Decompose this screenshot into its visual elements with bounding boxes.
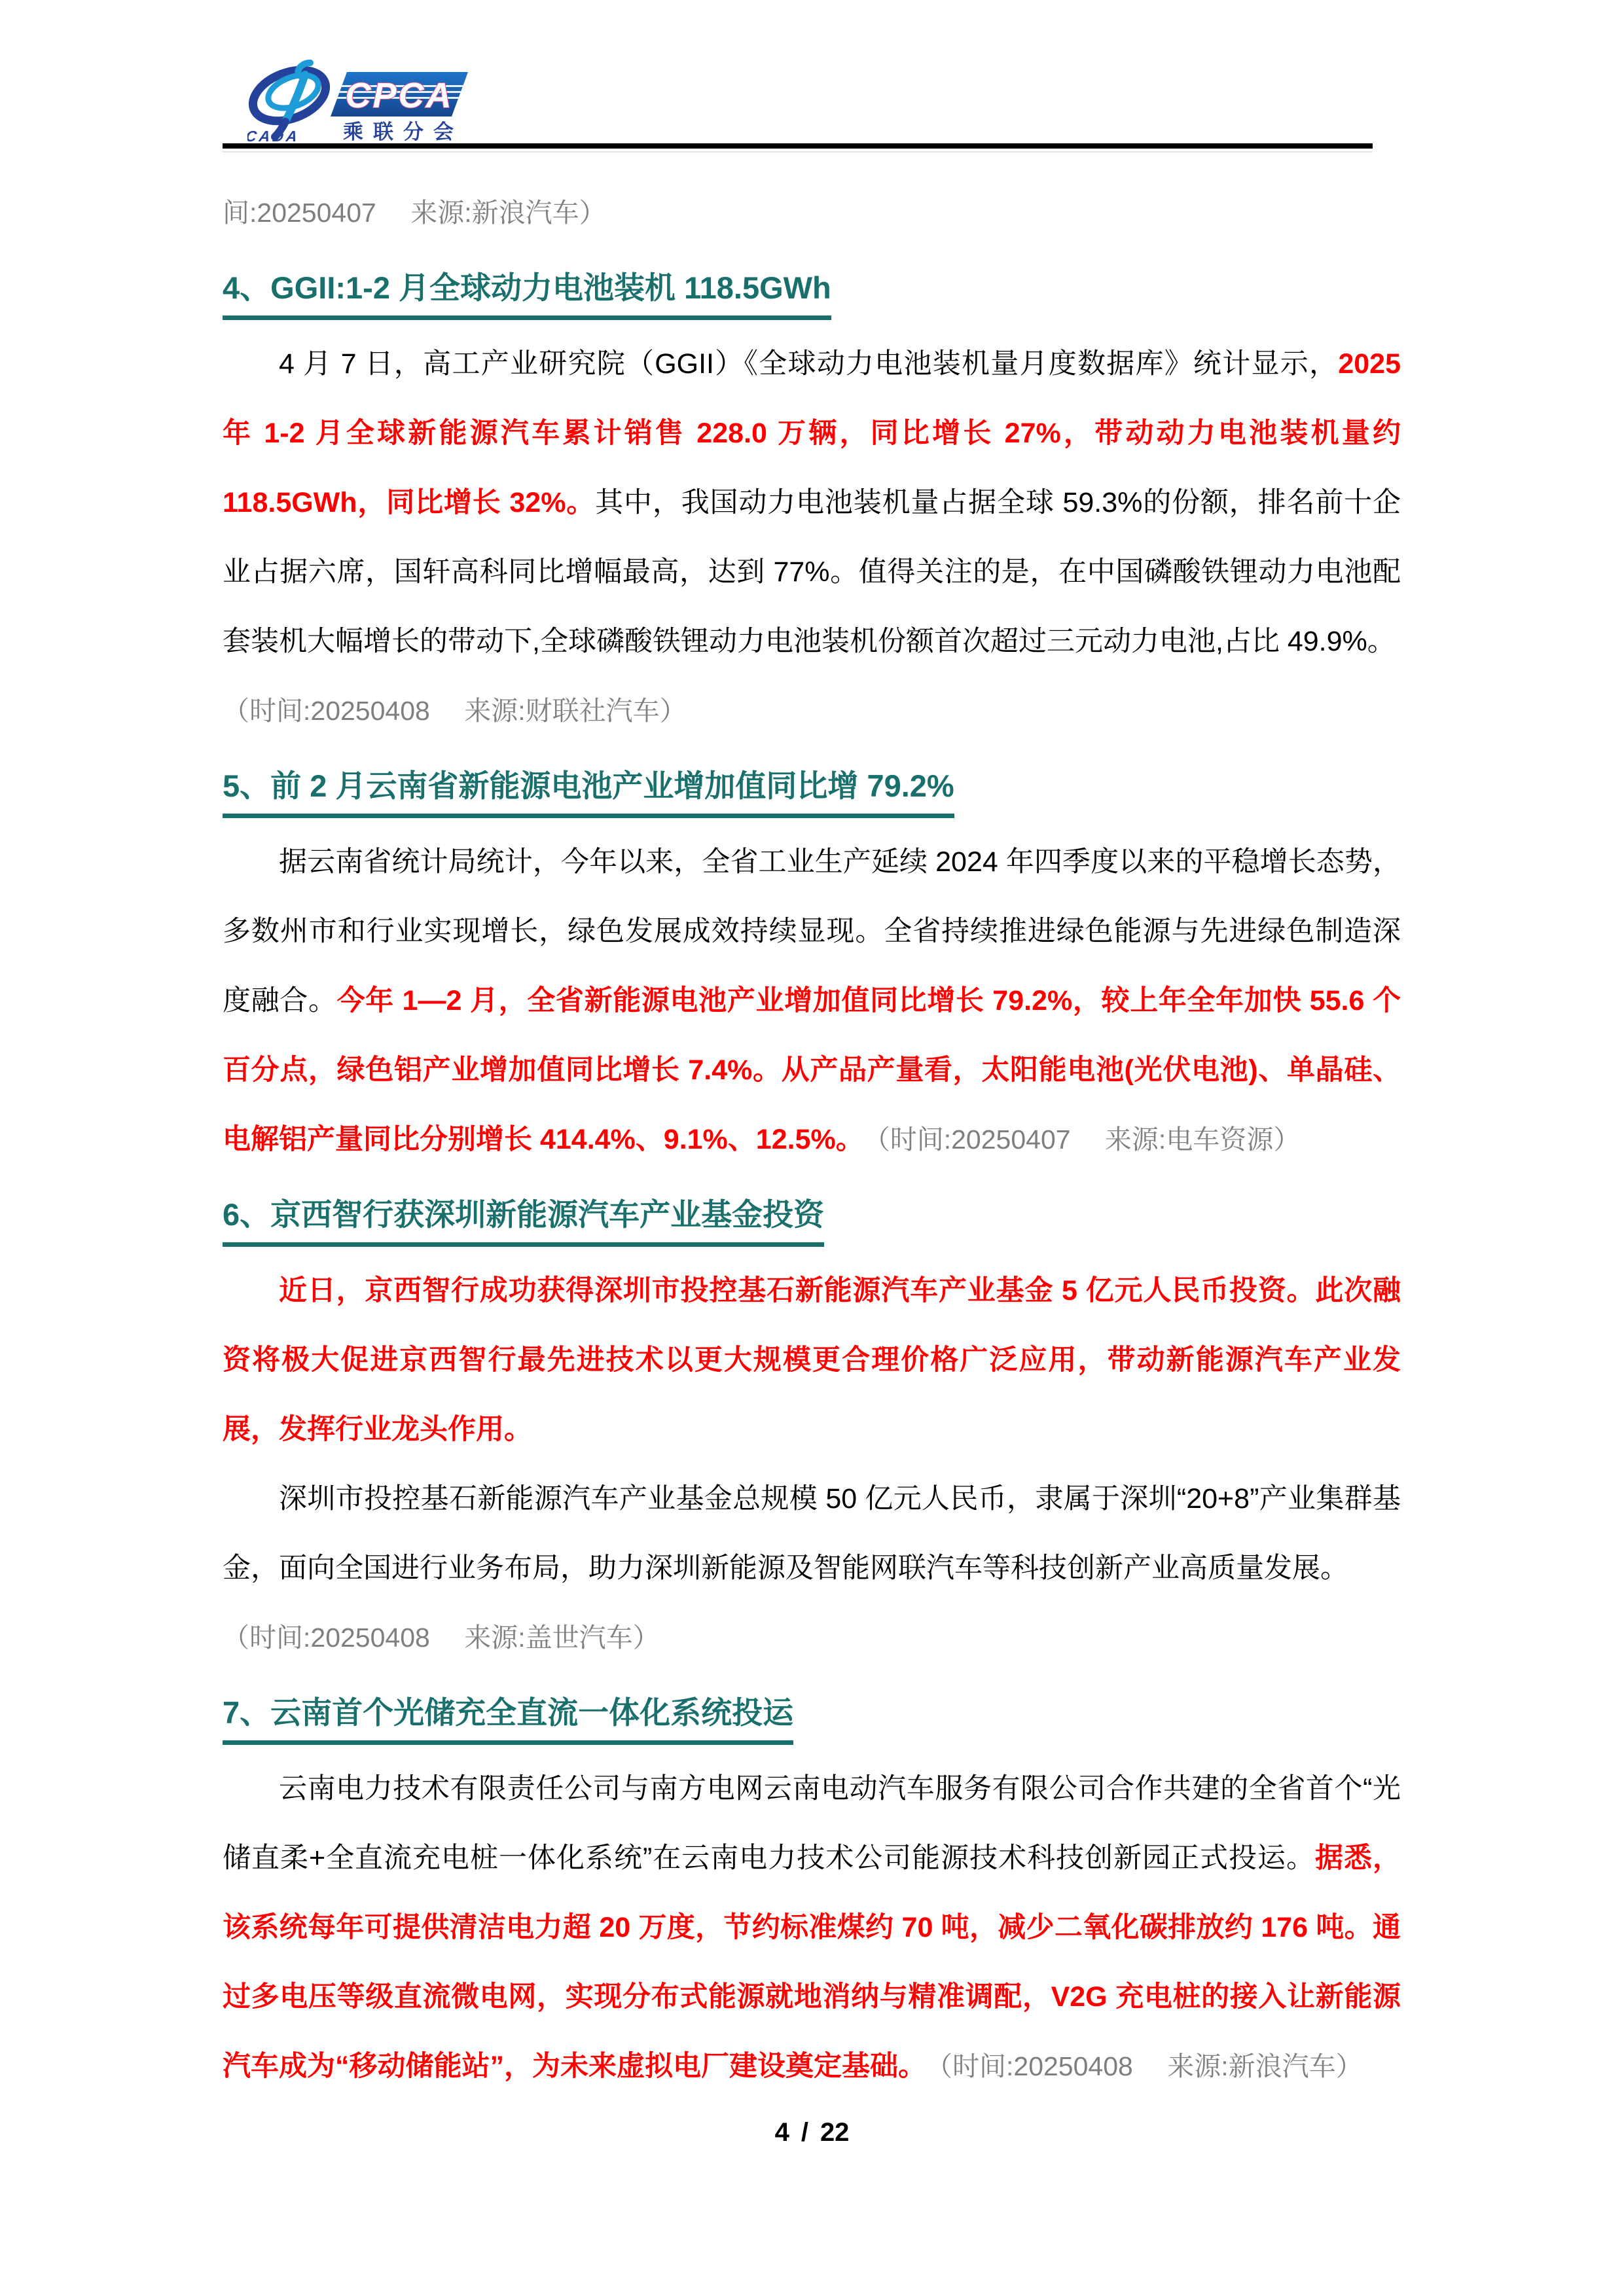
section-7-heading: 7、云南首个光储充全直流一体化系统投运 xyxy=(223,1692,1401,1745)
page-footer: 4/22 xyxy=(0,2118,1624,2147)
page-number-total: 22 xyxy=(820,2118,850,2147)
section-5-paragraph: 据云南省统计局统计，今年以来，全省工业生产延续 2024 年四季度以来的平稳增长… xyxy=(223,827,1401,1174)
cpca-logo-icon: CADA CPCA 乘联分会 xyxy=(247,59,473,144)
source-text: （时间:20250408 来源:财联社汽车） xyxy=(223,696,687,726)
text-run-red: 据悉，该系统每年可提供清洁电力超 20 万度，节约标准煤约 70 吨，减少二氧化… xyxy=(223,1842,1401,2082)
cada-wordmark: CADA xyxy=(247,128,301,144)
cpca-wordmark: CPCA xyxy=(345,76,453,115)
section-heading-text: 7、云南首个光储充全直流一体化系统投运 xyxy=(223,1692,793,1745)
text-run-black: 4 月 7 日，高工产业研究院（GGII）《全球动力电池装机量月度数据库》统计显… xyxy=(279,348,1338,380)
section-6-paragraph-1: 近日，京西智行成功获得深圳市投控基石新能源汽车产业基金 5 亿元人民币投资。此次… xyxy=(223,1256,1401,1464)
section-6-paragraph-2: 深圳市投控基石新能源汽车产业基金总规模 50 亿元人民币，隶属于深圳“20+8”… xyxy=(223,1464,1401,1603)
logo-branch-name: 乘联分会 xyxy=(343,120,463,143)
page-number-current: 4 xyxy=(775,2118,789,2147)
section-4-paragraph: 4 月 7 日，高工产业研究院（GGII）《全球动力电池装机量月度数据库》统计显… xyxy=(223,329,1401,676)
section-7-paragraph: 云南电力技术有限责任公司与南方电网云南电动汽车服务有限公司合作共建的全省首个“光… xyxy=(223,1754,1401,2101)
cada-emblem-icon xyxy=(247,61,333,137)
source-text: （时间:20250407 来源:电车资源） xyxy=(850,1124,1300,1155)
section-4-heading: 4、GGII:1-2 月全球动力电池装机 118.5GWh xyxy=(223,267,1401,320)
section-6-source-line: （时间:20250408 来源:盖世汽车） xyxy=(223,1603,1401,1672)
section-heading-text: 6、京西智行获深圳新能源汽车产业基金投资 xyxy=(223,1194,824,1247)
text-run-black: 深圳市投控基石新能源汽车产业基金总规模 50 亿元人民币，隶属于深圳“20+8”… xyxy=(223,1483,1401,1584)
section-6-heading: 6、京西智行获深圳新能源汽车产业基金投资 xyxy=(223,1194,1401,1247)
carryover-source-line: 间:20250407 来源:新浪汽车） xyxy=(223,178,1401,247)
text-run-black: 云南电力技术有限责任公司与南方电网云南电动汽车服务有限公司合作共建的全省首个“光… xyxy=(223,1773,1401,1874)
header-divider xyxy=(223,143,1373,149)
section-heading-text: 5、前 2 月云南省新能源电池产业增加值同比增 79.2% xyxy=(223,765,954,818)
section-4-source-line: （时间:20250408 来源:财联社汽车） xyxy=(223,676,1401,745)
cpca-flag: CPCA xyxy=(326,72,470,117)
section-5-heading: 5、前 2 月云南省新能源电池产业增加值同比增 79.2% xyxy=(223,765,1401,818)
document-page: CADA CPCA 乘联分会 间:20250407 来源: xyxy=(0,0,1624,2296)
source-text: 间:20250407 来源:新浪汽车） xyxy=(223,198,606,228)
document-body: 间:20250407 来源:新浪汽车） 4、GGII:1-2 月全球动力电池装机… xyxy=(223,178,1401,2101)
text-run-red: 近日，京西智行成功获得深圳市投控基石新能源汽车产业基金 5 亿元人民币投资。此次… xyxy=(223,1275,1401,1445)
source-text: （时间:20250408 来源:盖世汽车） xyxy=(223,1623,660,1653)
page-number-separator: / xyxy=(801,2118,808,2147)
section-heading-text: 4、GGII:1-2 月全球动力电池装机 118.5GWh xyxy=(223,267,831,320)
source-text: （时间:20250408 来源:新浪汽车） xyxy=(912,2051,1363,2081)
cpca-logo: CADA CPCA 乘联分会 xyxy=(247,59,473,144)
header-divider-shadow xyxy=(223,151,1373,152)
